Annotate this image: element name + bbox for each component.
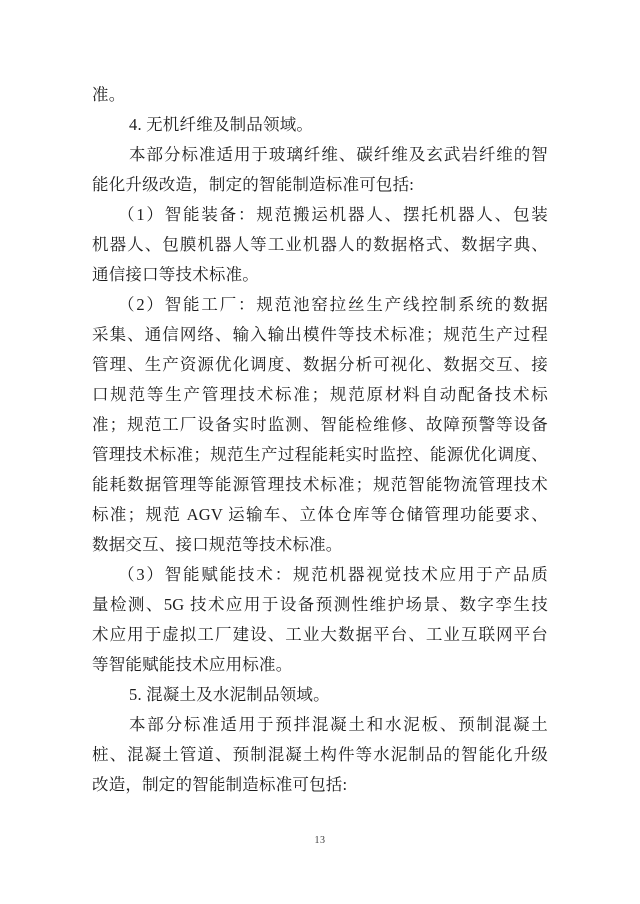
text-line: 通信接口等技术标准。: [92, 260, 548, 290]
text-line: 数据交互、接口规范等技术标准。: [92, 530, 548, 560]
text-line: 桩、混凝土管道、预制混凝土构件等水泥制品的智能化升级: [92, 740, 548, 770]
text-line: 改造，制定的智能制造标准可包括:: [92, 770, 548, 800]
text-line-item-3: （3）智能赋能技术：规范机器视觉技术应用于产品质: [92, 560, 548, 590]
text-line: 术应用于虚拟工厂建设、工业大数据平台、工业互联网平台: [92, 620, 548, 650]
text-line: 本部分标准适用于玻璃纤维、碳纤维及玄武岩纤维的智: [92, 140, 548, 170]
text-line: 能耗数据管理等能源管理技术标准；规范智能物流管理技术: [92, 470, 548, 500]
text-line: 等智能赋能技术应用标准。: [92, 650, 548, 680]
text-line-heading-4: 4. 无机纤维及制品领域。: [92, 110, 548, 140]
page-number: 13: [0, 834, 640, 848]
text-line: 口规范等生产管理技术标准；规范原材料自动配备技术标: [92, 380, 548, 410]
text-line-heading-5: 5. 混凝土及水泥制品领域。: [92, 680, 548, 710]
document-text: 准。 4. 无机纤维及制品领域。 本部分标准适用于玻璃纤维、碳纤维及玄武岩纤维的…: [92, 80, 548, 800]
text-line-item-1: （1）智能装备：规范搬运机器人、摆托机器人、包装: [92, 200, 548, 230]
text-line: 管理、生产资源优化调度、数据分析可视化、数据交互、接: [92, 350, 548, 380]
text-line: 机器人、包膜机器人等工业机器人的数据格式、数据字典、: [92, 230, 548, 260]
text-line: 本部分标准适用于预拌混凝土和水泥板、预制混凝土: [92, 710, 548, 740]
text-line: 管理技术标准；规范生产过程能耗实时监控、能源优化调度、: [92, 440, 548, 470]
text-line: 能化升级改造，制定的智能制造标准可包括:: [92, 170, 548, 200]
text-line: 量检测、5G 技术应用于设备预测性维护场景、数字孪生技: [92, 590, 548, 620]
text-line: 标准；规范 AGV 运输车、立体仓库等仓储管理功能要求、: [92, 500, 548, 530]
text-line: 准。: [92, 80, 548, 110]
text-line-item-2: （2）智能工厂：规范池窑拉丝生产线控制系统的数据: [92, 290, 548, 320]
document-page: 准。 4. 无机纤维及制品领域。 本部分标准适用于玻璃纤维、碳纤维及玄武岩纤维的…: [0, 0, 640, 904]
text-line: 准；规范工厂设备实时监测、智能检维修、故障预警等设备: [92, 410, 548, 440]
text-line: 采集、通信网络、输入输出模件等技术标准；规范生产过程: [92, 320, 548, 350]
